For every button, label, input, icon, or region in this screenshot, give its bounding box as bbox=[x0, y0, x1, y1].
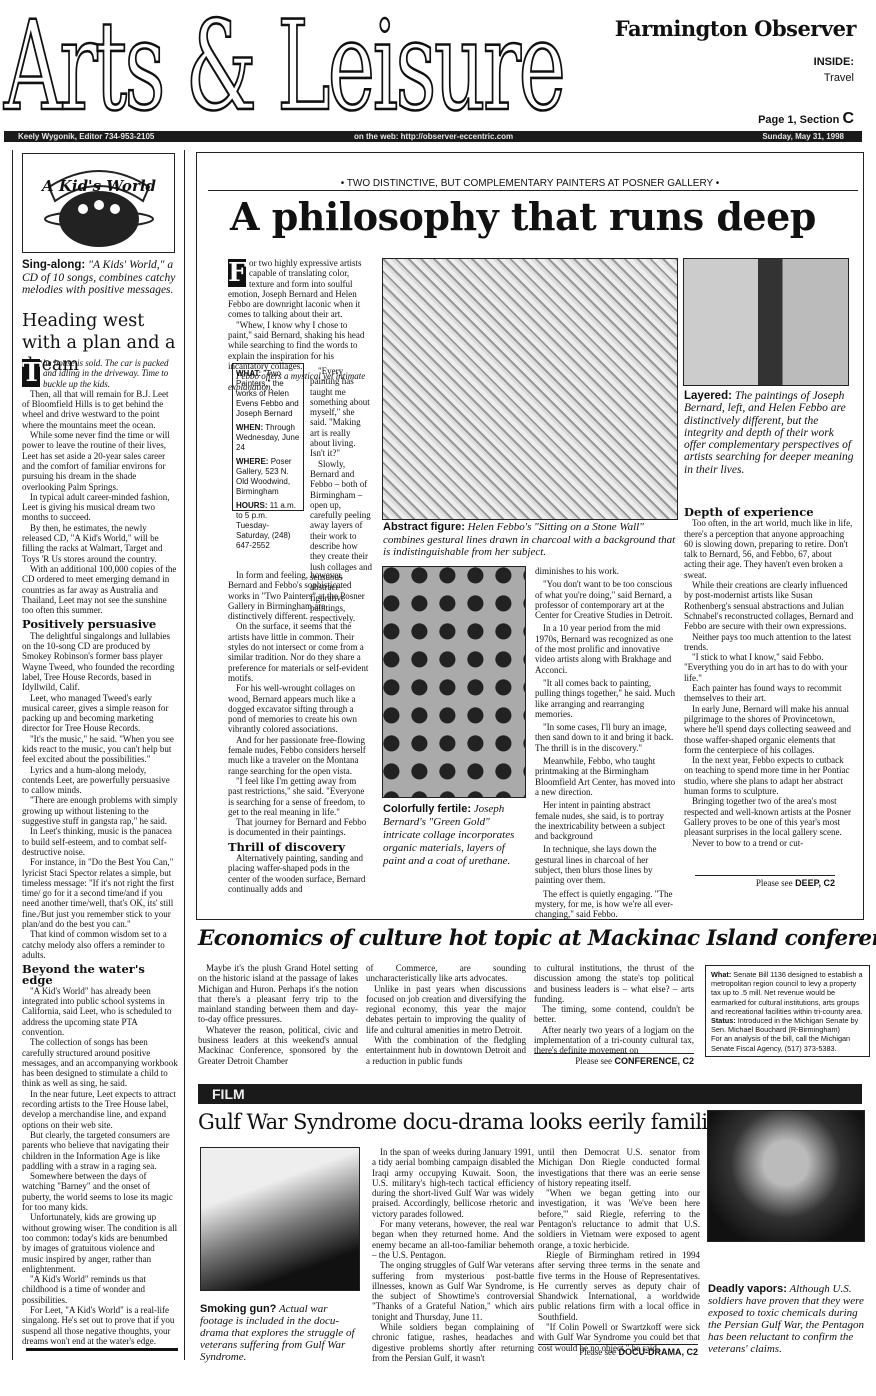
kicker: • TWO DISTINCTIVE, BUT COMPLEMENTARY PAI… bbox=[196, 178, 864, 189]
section-title: Arts & Leisure bbox=[4, 4, 563, 128]
conference-col-3: to cultural institutions, the thrust of … bbox=[534, 963, 694, 1056]
photo-war-footage bbox=[200, 1147, 360, 1291]
photo-caption-abstract-figure: Abstract figure: Helen Febbo's "Sitting … bbox=[383, 521, 679, 559]
photo-caption-layered: Layered: The paintings of Joseph Bernard… bbox=[684, 390, 854, 476]
sidebar-story-body: The house is sold. The car is packed and… bbox=[22, 358, 178, 1346]
lead-col-1-bottom: In form and feeling, however, Bernard an… bbox=[228, 570, 370, 894]
exhibit-info-box: WHAT: "Two Painters," the works of Helen… bbox=[232, 363, 304, 511]
section-letter: C bbox=[842, 110, 854, 127]
issue-date: Sunday, May 31, 1998 bbox=[762, 131, 844, 142]
svg-text:A Kid's World: A Kid's World bbox=[39, 177, 156, 195]
photo-caption-colorfully-fertile: Colorfully fertile: Joseph Bernard's "Gr… bbox=[383, 803, 529, 868]
photo-caption-deadly-vapors: Deadly vapors: Although U.S. soldiers ha… bbox=[708, 1283, 868, 1355]
page-section-indicator: Page 1, Section C bbox=[758, 110, 854, 128]
lead-col-3: diminishes to his work. "You don't want … bbox=[535, 566, 677, 920]
dropcap: F bbox=[228, 259, 246, 287]
jump-line-conference[interactable]: Please see CONFERENCE, C2 bbox=[534, 1053, 694, 1066]
paper-nameplate: Farmington Observer bbox=[615, 16, 856, 41]
jump-line-docu-drama[interactable]: Please see DOCU-DRAMA, C2 bbox=[538, 1344, 698, 1357]
conference-col-1: Maybe it's the plush Grand Hotel setting… bbox=[198, 963, 358, 1066]
lead-headline: A philosophy that runs deep bbox=[230, 192, 816, 242]
sidebar-end-rule bbox=[26, 1348, 178, 1351]
lead-col-4: Depth of experience Too often, in the ar… bbox=[684, 503, 854, 848]
film-headline: Gulf War Syndrome docu-drama looks eeril… bbox=[198, 1107, 729, 1137]
inside-label: INSIDE: bbox=[814, 56, 854, 68]
kids-world-logo: A Kid's World bbox=[22, 153, 175, 253]
subhead-positively-persuasive: Positively persuasive bbox=[22, 619, 178, 629]
photo-green-gold-collage bbox=[382, 566, 526, 798]
subhead-depth-of-experience: Depth of experience bbox=[684, 507, 854, 517]
film-col-2: until then Democrat U.S. senator from Mi… bbox=[538, 1147, 700, 1353]
photo-artists-portrait bbox=[683, 258, 849, 386]
photo-deadly-vapors bbox=[707, 1110, 865, 1242]
photo-caption-smoking-gun: Smoking gun? Actual war footage is inclu… bbox=[200, 1303, 360, 1363]
film-section-bar: FILM bbox=[198, 1084, 862, 1104]
subhead-beyond-waters-edge: Beyond the water's edge bbox=[22, 964, 178, 985]
subhead-thrill-of-discovery: Thrill of discovery bbox=[228, 842, 370, 852]
jump-line-deep[interactable]: Please see DEEP, C2 bbox=[695, 875, 835, 888]
senate-bill-info-box: What: Senate Bill 1136 designed to estab… bbox=[705, 965, 870, 1057]
column-rule bbox=[12, 150, 13, 1360]
web-address-link[interactable]: on the web: http://observer-eccentric.co… bbox=[354, 131, 513, 142]
dropcap: T bbox=[22, 359, 40, 387]
editor-line: Keely Wygonik, Editor 734-953-2105 bbox=[18, 131, 154, 142]
masthead-info-strip: Keely Wygonik, Editor 734-953-2105 on th… bbox=[4, 131, 862, 142]
column-rule bbox=[184, 150, 185, 1360]
film-col-1: In the span of weeks during January 1991… bbox=[372, 1147, 534, 1363]
kids-world-caption: Sing-along: "A Kids' World," a CD of 10 … bbox=[22, 259, 178, 297]
conference-headline: Economics of culture hot topic at Mackin… bbox=[198, 926, 876, 951]
globe-logo-icon: A Kid's World bbox=[39, 157, 159, 249]
photo-sitting-on-stone-wall bbox=[382, 258, 678, 520]
inside-item-travel[interactable]: Travel bbox=[824, 72, 854, 84]
kicker-rule bbox=[208, 190, 858, 191]
conference-col-2: of Commerce, are sounding uncharacterist… bbox=[366, 963, 526, 1066]
